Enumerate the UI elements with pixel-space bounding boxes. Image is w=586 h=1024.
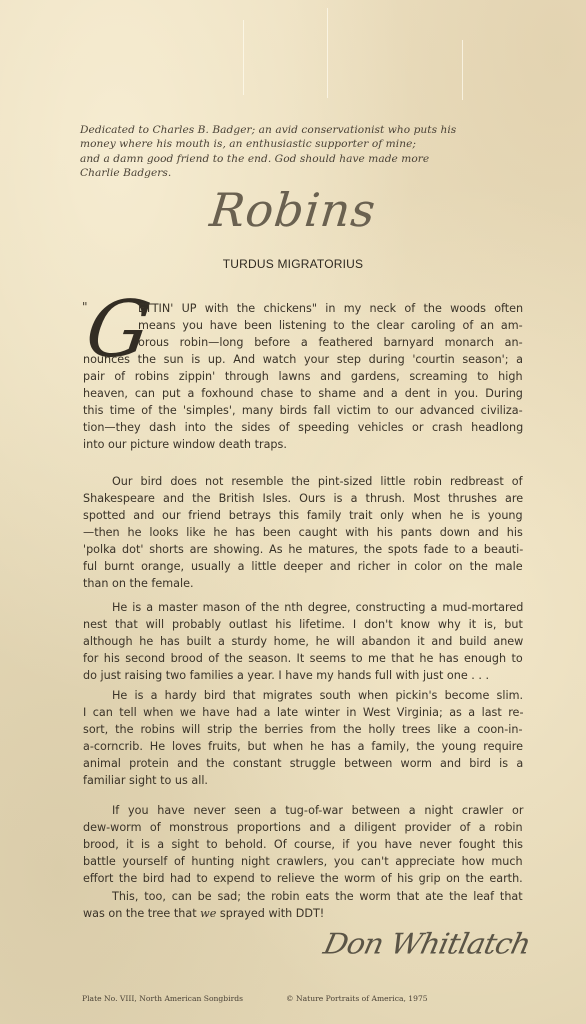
article-line: sort, the robins will strip the berries … bbox=[83, 721, 523, 738]
article-line: effort the bird had to expend to relieve… bbox=[83, 870, 523, 887]
article-line: spotted and our friend betrays this fami… bbox=[83, 507, 523, 524]
dedication-line: Charlie Badgers. bbox=[80, 166, 520, 180]
emphasis-we: we bbox=[200, 907, 216, 920]
article-line: pair of robins zippin' through lawns and… bbox=[83, 368, 523, 385]
dedication-line: Dedicated to Charles B. Badger; an avid … bbox=[80, 123, 520, 137]
article-line: than on the female. bbox=[83, 575, 523, 592]
article-line: into our picture window death traps. bbox=[83, 436, 523, 453]
dedication: Dedicated to Charles B. Badger; an avid … bbox=[80, 123, 520, 181]
page-title: Robins bbox=[0, 180, 586, 240]
article-line: I can tell when we have had a late winte… bbox=[83, 704, 523, 721]
document-page: Dedicated to Charles B. Badger; an avid … bbox=[0, 0, 586, 1024]
article-line: tion—they dash into the sides of speedin… bbox=[83, 419, 523, 436]
article-line: brood, it is a sight to behold. Of cours… bbox=[83, 836, 523, 853]
article-line: a-corncrib. He loves fruits, but when he… bbox=[83, 738, 523, 755]
article-line: Our bird does not resemble the pint-size… bbox=[112, 473, 523, 490]
article-line: ETTIN' UP with the chickens" in my neck … bbox=[138, 300, 523, 317]
paper-crease bbox=[462, 40, 463, 100]
article-line: ful burnt orange, usually a little deepe… bbox=[83, 558, 523, 575]
article-line: dew-worm of monstrous proportions and a … bbox=[83, 819, 523, 836]
article-line: He is a master mason of the nth degree, … bbox=[112, 599, 523, 616]
paper-crease bbox=[327, 8, 328, 98]
article-line: familiar sight to us all. bbox=[83, 772, 523, 789]
article-line: nounces the sun is up. And watch your st… bbox=[83, 351, 523, 368]
article-line: animal protein and the constant struggle… bbox=[83, 755, 523, 772]
article-line: heaven, can put a foxhound chase to sham… bbox=[83, 385, 523, 402]
scientific-name: TURDUS MIGRATORIUS bbox=[0, 257, 586, 271]
article-line: do just raising two families a year. I h… bbox=[83, 667, 523, 684]
opening-quote: " bbox=[82, 300, 88, 314]
article-line: although he has built a sturdy home, he … bbox=[83, 633, 523, 650]
article-line: If you have never seen a tug-of-war betw… bbox=[112, 802, 523, 819]
dedication-line: and a damn good friend to the end. God s… bbox=[80, 152, 520, 166]
copyright-notice: © Nature Portraits of America, 1975 bbox=[286, 994, 428, 1004]
plate-caption: Plate No. VIII, North American Songbirds bbox=[82, 994, 243, 1004]
article-line: this time of the 'simples', many birds f… bbox=[83, 402, 523, 419]
dedication-line: money where his mouth is, an enthusiasti… bbox=[80, 137, 520, 151]
text-fragment: was on the tree that bbox=[83, 907, 200, 920]
article-line: —then he looks like he has been caught w… bbox=[83, 524, 523, 541]
article-line: Shakespeare and the British Isles. Ours … bbox=[83, 490, 523, 507]
author-signature: Don Whitlatch bbox=[320, 926, 534, 964]
article-line-final: was on the tree that we sprayed with DDT… bbox=[83, 905, 523, 922]
article-line: He is a hardy bird that migrates south w… bbox=[112, 687, 523, 704]
paper-crease bbox=[243, 20, 244, 95]
article-line: for his second brood of the season. It s… bbox=[83, 650, 523, 667]
article-line: battle yourself of hunting night crawler… bbox=[83, 853, 523, 870]
article-line: orous robin—long before a feathered barn… bbox=[138, 334, 523, 351]
article-line: means you have been listening to the cle… bbox=[138, 317, 523, 334]
text-fragment: sprayed with DDT! bbox=[216, 907, 324, 920]
article-line: nest that will probably outlast his life… bbox=[83, 616, 523, 633]
article-line: This, too, can be sad; the robin eats th… bbox=[112, 888, 523, 905]
article-line: 'polka dot' shorts are showing. As he ma… bbox=[83, 541, 523, 558]
